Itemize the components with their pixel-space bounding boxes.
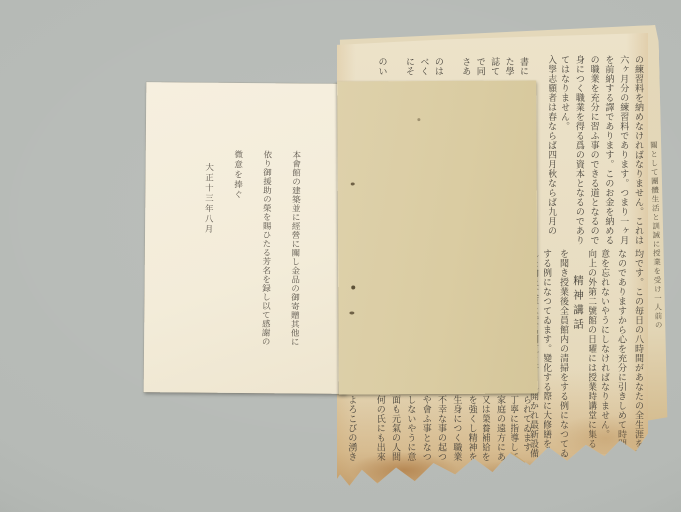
bulletin-upper-section: の練習料を納めなければなりません。これは入學し六ヶ月分の練習料であります。つまり… bbox=[523, 55, 645, 247]
text-column: の練習料を納めなければなりません。これは入學し bbox=[634, 55, 645, 247]
text-fragment: 家庭の遠方にある人 bbox=[496, 395, 507, 469]
text-column bbox=[536, 55, 545, 247]
text-column: 入學志願者は春ならば四月秋ならば九月の bbox=[549, 55, 558, 247]
text-column: の職業を充分に習ふ事のできる道となるのでありま bbox=[590, 55, 601, 247]
text-fragment: 何の氏にも出來得る bbox=[375, 395, 386, 469]
card-text-column: 本會館の建築並に經營に關し金品の御寄贈其他に bbox=[285, 150, 306, 388]
card-text-column: 大正十三年八月 bbox=[198, 163, 219, 388]
bulletin-lower-section: 均です。この毎日の八時間があなたの全生涯を支配する大切な時間なのでありますから心… bbox=[527, 249, 645, 463]
invitation-card-text: 本會館の建築並に經營に關し金品の御寄贈其他に依り御援助の榮を賜ひたる芳名を録し以… bbox=[198, 150, 306, 389]
text-fragment: よろこびの湧き上る樂土 bbox=[347, 395, 358, 469]
text-column: する例になつてゐます。變化する際に大修繕を bbox=[544, 249, 553, 463]
paper-speck bbox=[417, 118, 420, 121]
text-fragment bbox=[362, 395, 371, 469]
text-column: 身につく職業を得る爲の資本となるのであります。 bbox=[575, 55, 586, 247]
text-column: てはなりません。 bbox=[562, 55, 571, 247]
photo-background: 關として團體生活と訓誡に授業を受け一人前の の練習料を納めなければなりません。こ… bbox=[0, 0, 681, 512]
text-fragment: を強くし精神を鍛錬 bbox=[467, 395, 478, 469]
invitation-card: 本會館の建築並に經營に關し金品の御寄贈其他に依り御援助の榮を賜ひたる芳名を録し以… bbox=[144, 82, 349, 394]
text-fragment: 生身につく職業を習つ bbox=[452, 395, 463, 469]
text-column: 意を忘れないやうにしなければなりません。 bbox=[602, 249, 611, 463]
text-column: を聞き授業後全員館内の清掃をする例になつてゐます bbox=[557, 249, 570, 463]
bulletin-bottom-edge-fragments: られてゐます丁寧に指導して家庭の遠方にある人又は榮養補給をを強くし精神を鍛錬生身… bbox=[347, 395, 533, 469]
punch-hole bbox=[351, 182, 355, 185]
text-fragment: 不幸な事の起つた時 bbox=[437, 395, 448, 469]
text-column: を前納する譯であります。このお金を納めるといふ bbox=[605, 55, 616, 247]
punch-hole bbox=[349, 311, 354, 314]
text-column: 向上の外第二號館の日曜には授業時講堂に集る bbox=[589, 249, 598, 463]
card-text-column: 依り御援助の榮を賜ひたる芳名を録し以て感謝の bbox=[256, 150, 277, 388]
blank-cover-sheet bbox=[337, 80, 538, 394]
under-sheet-edge-text: 關として團體生活と訓誡に授業を受け一人前の bbox=[647, 141, 667, 443]
text-fragment: 又は榮養補給を bbox=[483, 395, 492, 469]
text-fragment: られてゐます bbox=[524, 395, 533, 469]
torn-edge-stain bbox=[455, 460, 595, 486]
text-fragment: 面も元氣の人間となる bbox=[391, 395, 402, 469]
card-text-column: 微意を捧ぐ bbox=[227, 150, 248, 388]
punch-hole bbox=[351, 285, 355, 289]
text-fragment: しないやうに意志のあ bbox=[406, 395, 417, 469]
text-column: 六ヶ月分の練習料であります。つまり一ヶ月三圓宛 bbox=[619, 55, 630, 247]
text-column: なのでありますから心を充分に引きしめて時間の應用を受けるだけ bbox=[615, 249, 628, 463]
section-title: 精神講話 bbox=[574, 275, 585, 463]
text-column: 均です。この毎日の八時間があなたの全生涯を支配する大切な時間 bbox=[632, 249, 645, 463]
text-fragment: や會ふ事となつてゐま bbox=[421, 395, 432, 469]
